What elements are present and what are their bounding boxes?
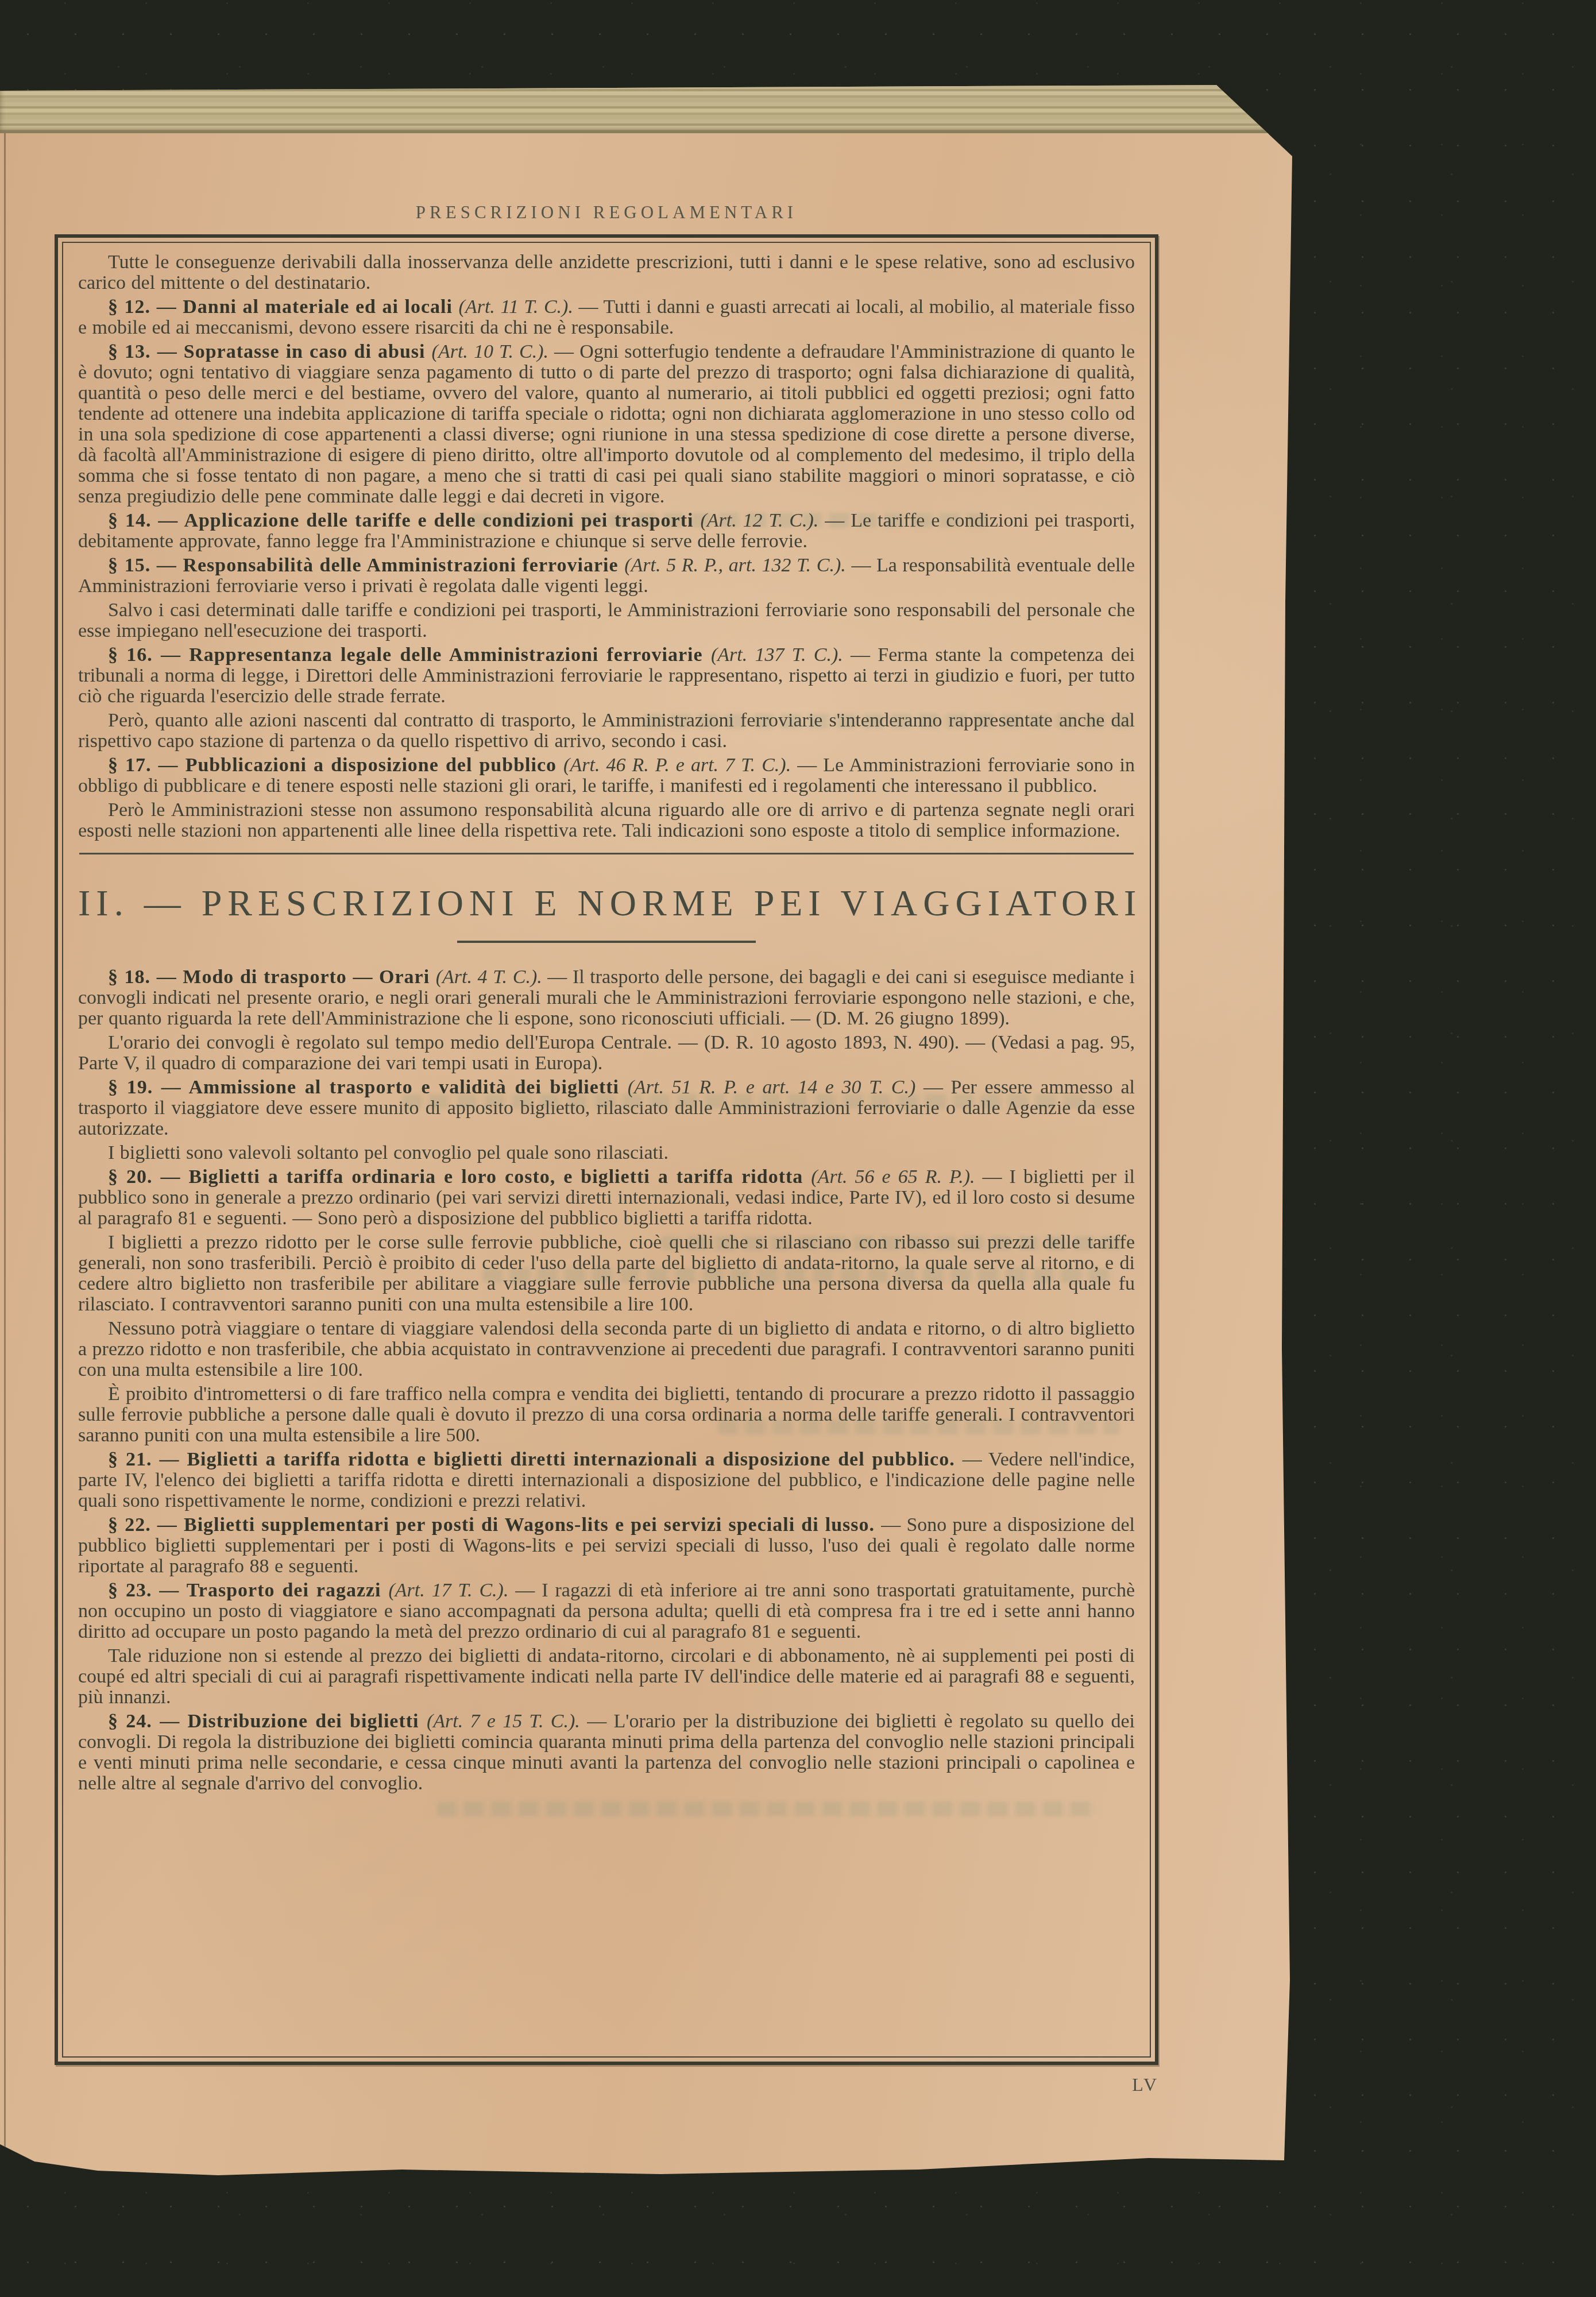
regulation-paragraph: È proibito d'intromettersi o di fare tra… <box>78 1384 1135 1446</box>
paragraph-lead: § 17. — Pubblicazioni a disposizione del… <box>108 755 563 776</box>
article-reference: (Art. 46 R. P. e art. 7 T. C.). <box>563 755 797 776</box>
regulation-paragraph: § 23. — Trasporto dei ragazzi (Art. 17 T… <box>78 1580 1135 1642</box>
paragraph-text: È proibito d'intromettersi o di fare tra… <box>78 1383 1135 1446</box>
paragraph-lead: § 23. — Trasporto dei ragazzi <box>108 1580 388 1601</box>
regulation-paragraph: Però, quanto alle azioni nascenti dal co… <box>78 710 1135 752</box>
regulation-paragraph: § 15. — Responsabilità delle Amministraz… <box>78 555 1135 597</box>
regulation-paragraph: § 21. — Biglietti a tariffa ridotta e bi… <box>78 1449 1135 1511</box>
paragraph-text: Nessuno potrà viaggiare o tentare di via… <box>78 1318 1135 1380</box>
regulation-paragraph: § 17. — Pubblicazioni a disposizione del… <box>78 755 1135 796</box>
article-reference: (Art. 10 T. C.). <box>432 341 555 362</box>
page-text-area: Tutte le conseguenze derivabili dalla in… <box>62 242 1151 2058</box>
regulation-paragraph: Tutte le conseguenze derivabili dalla in… <box>78 252 1135 293</box>
article-reference: (Art. 5 R. P., art. 132 T. C.). <box>624 555 851 576</box>
regulation-paragraph: Salvo i casi determinati dalle tariffe e… <box>78 600 1135 641</box>
regulations-travellers-section: § 18. — Modo di trasporto — Orari (Art. … <box>78 967 1135 1794</box>
paragraph-lead: § 15. — Responsabilità delle Amministraz… <box>108 555 624 576</box>
paragraph-text: I biglietti sono valevoli soltanto pel c… <box>108 1142 668 1163</box>
paragraph-lead: § 24. — Distribuzione dei biglietti <box>108 1711 427 1732</box>
paragraph-text: I biglietti a prezzo ridotto per le cors… <box>78 1232 1135 1315</box>
regulation-paragraph: L'orario dei convogli è regolato sul tem… <box>78 1033 1135 1074</box>
paragraph-lead: § 18. — Modo di trasporto — Orari <box>108 966 436 988</box>
article-reference: (Art. 51 R. P. e art. 14 e 30 T. C.) <box>628 1077 923 1098</box>
paragraph-text: Però le Amministrazioni stesse non assum… <box>78 799 1135 841</box>
regulation-paragraph: § 24. — Distribuzione dei biglietti (Art… <box>78 1711 1135 1794</box>
paragraph-text: Salvo i casi determinati dalle tariffe e… <box>78 600 1135 641</box>
regulation-paragraph: Tale riduzione non si estende al prezzo … <box>78 1646 1135 1708</box>
regulation-paragraph: Nessuno potrà viaggiare o tentare di via… <box>78 1318 1135 1380</box>
section-heading-underline <box>457 941 756 943</box>
paragraph-lead: § 14. — Applicazione delle tariffe e del… <box>108 510 700 531</box>
book-page-edges-top <box>0 85 1293 134</box>
regulation-paragraph: § 20. — Biglietti a tariffa ordinaria e … <box>78 1167 1135 1229</box>
folio-page-number: LV <box>55 2074 1158 2095</box>
underlying-page-edge <box>4 133 6 2179</box>
paragraph-text: L'orario dei convogli è regolato sul tem… <box>78 1032 1135 1074</box>
paragraph-text: Tutte le conseguenze derivabili dalla in… <box>78 252 1135 293</box>
regulation-paragraph: § 22. — Biglietti supplementari per post… <box>78 1515 1135 1577</box>
regulation-paragraph: § 14. — Applicazione delle tariffe e del… <box>78 511 1135 552</box>
regulation-paragraph: § 12. — Danni al materiale ed ai locali … <box>78 297 1135 338</box>
paragraph-lead: § 21. — Biglietti a tariffa ridotta e bi… <box>108 1449 963 1470</box>
article-reference: (Art. 137 T. C.). <box>711 644 851 666</box>
article-reference: (Art. 11 T. C.). <box>459 296 579 318</box>
article-reference: (Art. 4 T. C.). <box>436 966 548 988</box>
section-heading: II. — PRESCRIZIONI E NORME PEI VIAGGIATO… <box>78 882 1135 925</box>
article-reference: (Art. 12 T. C.). <box>700 510 825 531</box>
paragraph-lead: § 20. — Biglietti a tariffa ordinaria e … <box>108 1166 811 1188</box>
regulation-paragraph: § 19. — Ammissione al trasporto e validi… <box>78 1077 1135 1139</box>
article-reference: (Art. 7 e 15 T. C.). <box>427 1711 587 1732</box>
regulation-paragraph: I biglietti sono valevoli soltanto pel c… <box>78 1143 1135 1163</box>
regulation-paragraph: Però le Amministrazioni stesse non assum… <box>78 800 1135 841</box>
paragraph-text: — Ogni sotterfugio tendente a defraudare… <box>78 341 1135 507</box>
paragraph-lead: § 22. — Biglietti supplementari per post… <box>108 1514 881 1536</box>
paragraph-lead: § 16. — Rappresentanza legale delle Ammi… <box>108 644 711 666</box>
article-reference: (Art. 17 T. C.). <box>388 1580 515 1601</box>
scanned-book-page: PRESCRIZIONI REGOLAMENTARI Tutte le cons… <box>0 0 1596 2297</box>
running-head: PRESCRIZIONI REGOLAMENTARI <box>55 202 1158 223</box>
page-rule-frame: Tutte le conseguenze derivabili dalla in… <box>55 234 1158 2065</box>
paragraph-text: Però, quanto alle azioni nascenti dal co… <box>78 710 1135 752</box>
section-divider-rule <box>79 853 1134 854</box>
paragraph-lead: § 19. — Ammissione al trasporto e validi… <box>108 1077 628 1098</box>
regulation-paragraph: § 16. — Rappresentanza legale delle Ammi… <box>78 645 1135 707</box>
article-reference: (Art. 56 e 65 R. P.). <box>811 1166 982 1188</box>
paragraph-text: Tale riduzione non si estende al prezzo … <box>78 1645 1135 1708</box>
paragraph-lead: § 12. — Danni al materiale ed ai locali <box>108 296 459 318</box>
regulation-paragraph: § 18. — Modo di trasporto — Orari (Art. … <box>78 967 1135 1029</box>
regulation-paragraph: I biglietti a prezzo ridotto per le cors… <box>78 1232 1135 1315</box>
regulation-paragraph: § 13. — Sopratasse in caso di abusi (Art… <box>78 342 1135 507</box>
paragraph-lead: § 13. — Sopratasse in caso di abusi <box>108 341 432 362</box>
regulations-general-section: Tutte le conseguenze derivabili dalla in… <box>78 252 1135 841</box>
